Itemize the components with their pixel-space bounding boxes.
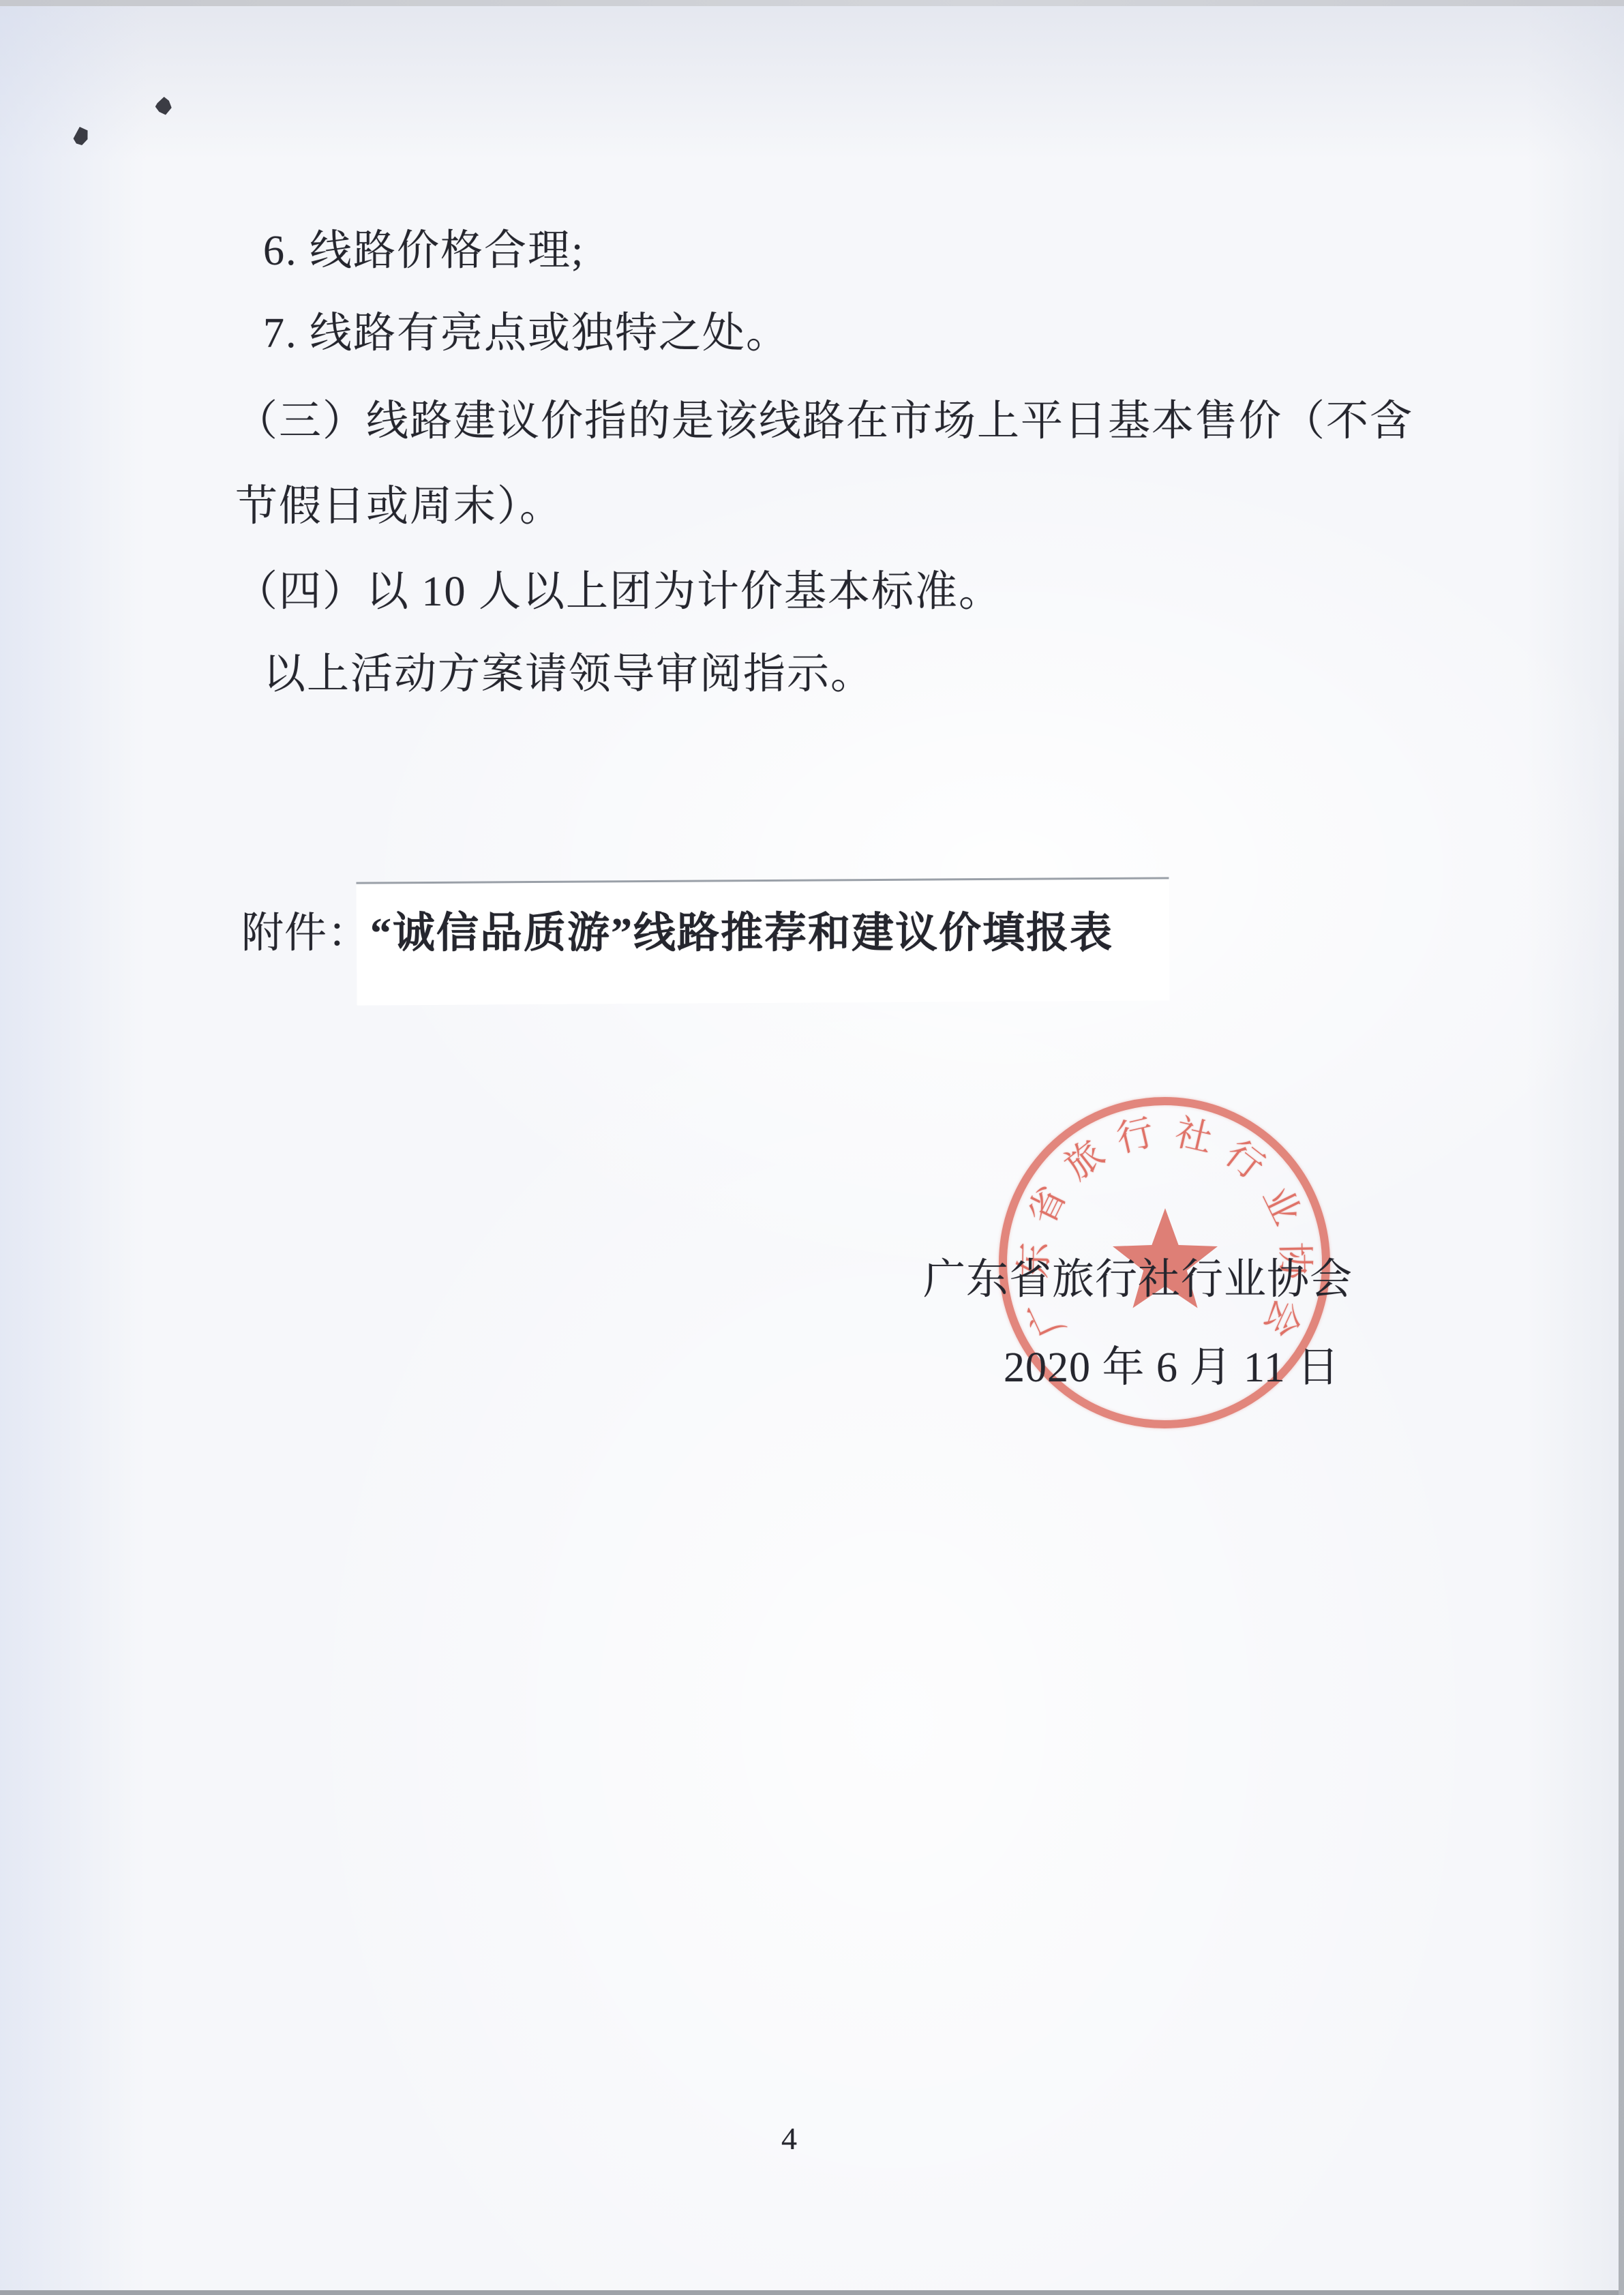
stamp-char: 行 bbox=[1113, 1114, 1158, 1158]
ink-speck bbox=[71, 125, 90, 147]
signature-organization: 广东省旅行社行业协会 bbox=[923, 1245, 1353, 1306]
scanned-document-page: 6. 线路价格合理; 7. 线路有亮点或独特之处。 （三）线路建议价指的是该线路… bbox=[0, 0, 1624, 2295]
scan-edge-bottom bbox=[0, 2290, 1624, 2295]
attachment-title: “诚信品质游”线路推荐和建议价填报表 bbox=[370, 910, 1113, 957]
scan-edge-top bbox=[0, 0, 1624, 6]
page-number: 4 bbox=[781, 2120, 797, 2157]
attachment-label: 附件： bbox=[241, 910, 370, 957]
body-line-clause-3: （三）线路建议价指的是该线路在市场上平日基本售价（不含 bbox=[235, 387, 1413, 447]
scan-edge-right bbox=[1619, 0, 1624, 2295]
body-line-item-6: 6. 线路价格合理; bbox=[263, 216, 584, 277]
attachment-line: 附件：“诚信品质游”线路推荐和建议价填报表 bbox=[241, 899, 1113, 959]
body-line-clause-4: （四）以 10 人以上团为计价基本标准。 bbox=[235, 557, 1002, 618]
body-line-closing: 以上活动方案请领导审阅指示。 bbox=[263, 640, 874, 700]
body-line-clause-3-cont: 节假日或周末）。 bbox=[235, 472, 563, 532]
body-line-item-7: 7. 线路有亮点或独特之处。 bbox=[263, 299, 790, 359]
signature-date: 2020 年 6 月 11 日 bbox=[1004, 1333, 1340, 1394]
ink-speck bbox=[154, 95, 172, 115]
